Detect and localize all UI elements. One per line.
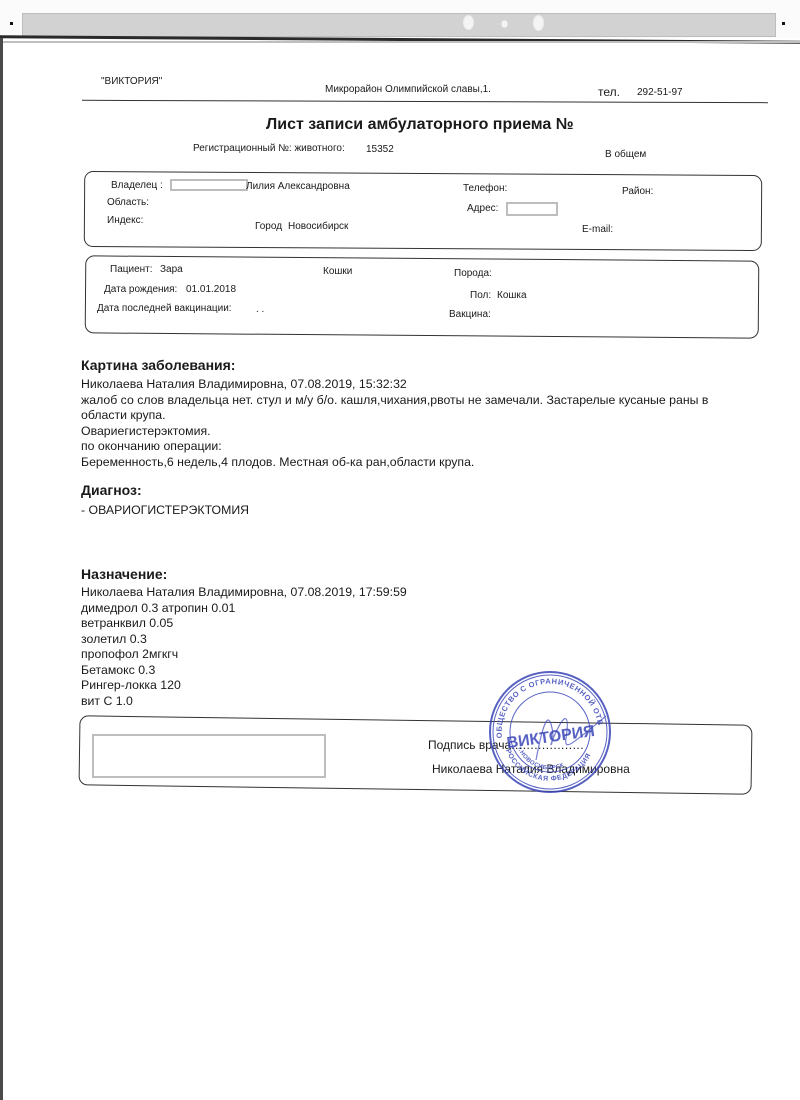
scan-edge-shadow — [0, 41, 800, 43]
sex-label: Пол: — [470, 290, 491, 301]
reg-number: 15352 — [366, 144, 394, 155]
prescription-line: вит С 1.0 — [81, 694, 407, 710]
phone-label: тел. — [598, 85, 620, 99]
svg-text:ВИКТОРИЯ: ВИКТОРИЯ — [506, 723, 596, 752]
prescription-line: пропофол 2мгкгч — [81, 647, 407, 663]
page-title: Лист записи амбулаторного приема № — [266, 116, 574, 134]
scan-mark — [782, 22, 785, 25]
scanner-strip — [22, 13, 776, 37]
anamnesis-line: Овариегистерэктомия. — [81, 424, 708, 440]
email-label: E-mail: — [582, 224, 613, 235]
svg-text:РОССИЙСКАЯ ФЕДЕРАЦИЯ: РОССИЙСКАЯ ФЕДЕРАЦИЯ — [504, 748, 593, 783]
anamnesis-text: Николаева Наталия Владимировна, 07.08.20… — [81, 377, 708, 470]
clinic-stamp-icon: ОБЩЕСТВО С ОГРАНИЧЕННОЙ ОТВЕТСТВЕННОСТЬЮ… — [486, 668, 614, 796]
prescription-line: Бетамокс 0.3 — [81, 663, 407, 679]
region-label: Область: — [107, 197, 149, 208]
prescription-line: Николаева Наталия Владимировна, 07.08.20… — [81, 585, 407, 601]
city-label: Город — [255, 221, 282, 232]
redacted-signature-area — [92, 734, 326, 778]
redacted-address — [506, 202, 558, 216]
city-value: Новосибирск — [288, 221, 348, 232]
clinic-name: "ВИКТОРИЯ" — [101, 76, 162, 87]
prescription-title: Назначение: — [81, 566, 167, 582]
punch-hole — [500, 19, 509, 29]
scan-mark — [10, 22, 13, 25]
patient-name: Зара — [160, 264, 183, 275]
clinic-phone: 292-51-97 — [637, 87, 683, 98]
patient-label: Пациент: — [110, 264, 153, 275]
prescription-line: Рингер-локка 120 — [81, 678, 407, 694]
diagnosis-text: - ОВАРИОГИСТЕРЭКТОМИЯ — [81, 503, 249, 519]
prescription-text: Николаева Наталия Владимировна, 07.08.20… — [81, 585, 407, 709]
diagnosis-title: Диагноз: — [81, 482, 142, 498]
owner-name: Лилия Александровна — [246, 181, 350, 192]
category: В общем — [605, 149, 646, 160]
birth-label: Дата рождения: — [104, 284, 177, 295]
reg-label: Регистрационный №: животного: — [193, 143, 345, 154]
district-label: Район: — [622, 186, 653, 197]
prescription-line: золетил 0.3 — [81, 632, 407, 648]
anamnesis-line: области крупа. — [81, 408, 708, 424]
punch-hole — [532, 14, 545, 32]
species: Кошки — [323, 266, 352, 277]
vacc-date-label: Дата последней вакцинации: — [97, 303, 232, 314]
owner-label: Владелец : — [111, 180, 163, 191]
anamnesis-line: Беременность,6 недель,4 плодов. Местная … — [81, 455, 708, 471]
birth-date: 01.01.2018 — [186, 284, 236, 295]
clinic-address: Микрорайон Олимпийской славы,1. — [325, 84, 491, 95]
phone-field-label: Телефон: — [463, 183, 507, 194]
address-label: Адрес: — [467, 203, 498, 214]
breed-label: Порода: — [454, 268, 492, 279]
anamnesis-line: жалоб со слов владельца нет. стул и м/у … — [81, 393, 708, 409]
patient-box — [85, 255, 760, 338]
anamnesis-title: Картина заболевания: — [81, 357, 235, 373]
punch-hole — [462, 14, 475, 31]
vacc-date: . . — [256, 304, 264, 315]
anamnesis-line: Николаева Наталия Владимировна, 07.08.20… — [81, 377, 708, 393]
vaccine-label: Вакцина: — [449, 309, 491, 320]
anamnesis-line: по окончанию операции: — [81, 439, 708, 455]
index-label: Индекс: — [107, 215, 143, 226]
scan-left-edge — [0, 38, 3, 1100]
prescription-line: ветранквил 0.05 — [81, 616, 407, 632]
sex-value: Кошка — [497, 290, 527, 301]
prescription-line: димедрол 0.3 атропин 0.01 — [81, 601, 407, 617]
redacted-surname — [170, 179, 248, 191]
header-rule — [82, 100, 768, 103]
